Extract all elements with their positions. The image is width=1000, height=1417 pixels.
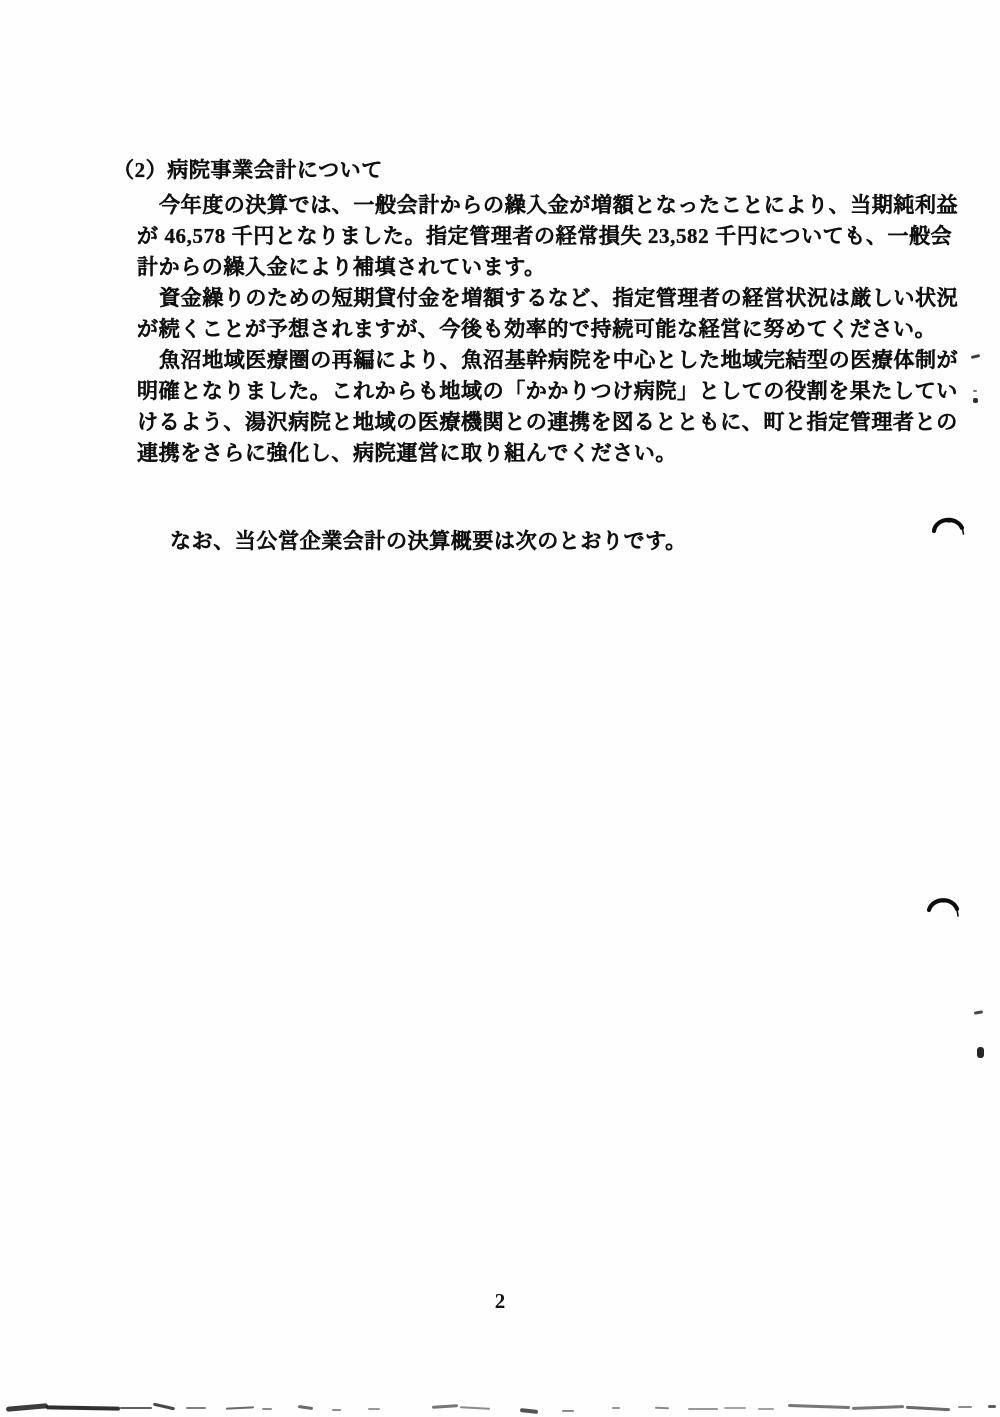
scanned-document-page: （2）病院事業会計について 今年度の決算では、一般会計からの繰入金が増額となった…: [0, 0, 1000, 1417]
body-line: が続くことが予想されますが、今後も効率的で持続可能な経営に努めてください。: [137, 314, 937, 345]
note-line: なお、当公営企業会計の決算概要は次のとおりです。: [137, 526, 937, 557]
body-line: が 46,578 千円となりました。指定管理者の経常損失 23,582 千円につ…: [137, 221, 937, 252]
scan-speck: [977, 1047, 984, 1058]
scan-speck: [971, 354, 980, 359]
scan-speck: [973, 390, 977, 392]
body-line: 連携をさらに強化し、病院運営に取り組んでください。: [137, 438, 937, 469]
binder-ring-shadow-icon: [925, 891, 963, 919]
scan-edge-noise: [0, 1398, 1000, 1417]
body-line: けるよう、湯沢病院と地域の医療機関との連携を図るとともに、町と指定管理者との: [137, 407, 937, 438]
section-heading: （2）病院事業会計について: [113, 155, 937, 186]
scan-speck: [974, 1010, 983, 1015]
body-line: 計からの繰入金により補填されています。: [137, 252, 937, 283]
scan-speck: [973, 398, 978, 403]
page-number: 2: [0, 1289, 1000, 1314]
document-body: （2）病院事業会計について 今年度の決算では、一般会計からの繰入金が増額となった…: [137, 155, 937, 557]
body-line: 魚沼地域医療圏の再編により、魚沼基幹病院を中心とした地域完結型の医療体制が: [137, 345, 937, 376]
binder-ring-shadow-icon: [930, 511, 968, 537]
body-line: 明確となりました。これからも地域の「かかりつけ病院」としての役割を果たしてい: [137, 376, 937, 407]
body-line: 今年度の決算では、一般会計からの繰入金が増額となったことにより、当期純利益: [137, 190, 937, 221]
body-line: 資金繰りのための短期貸付金を増額するなど、指定管理者の経営状況は厳しい状況: [137, 283, 937, 314]
